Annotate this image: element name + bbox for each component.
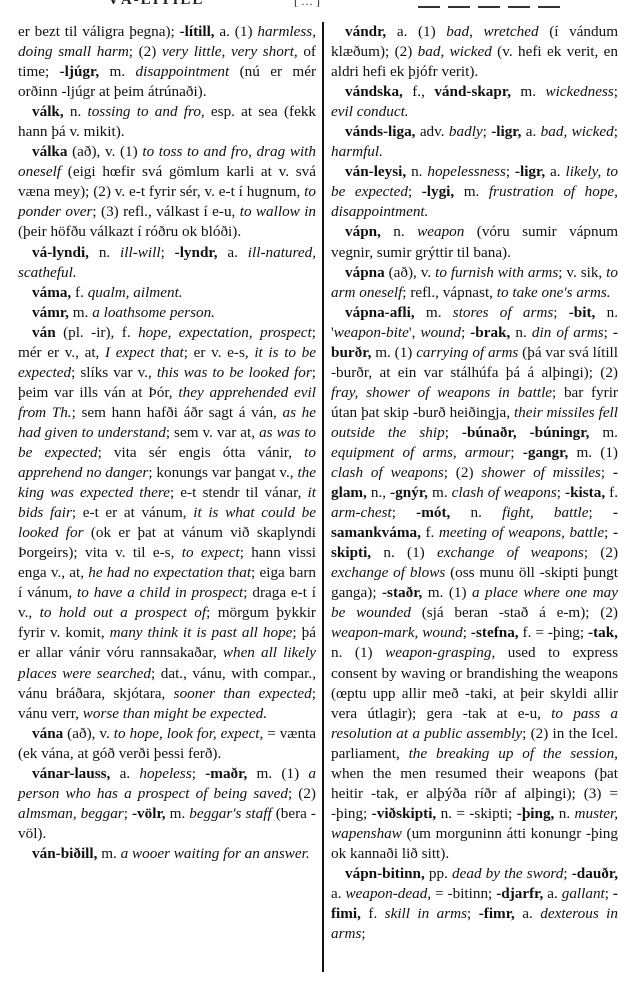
entry-text: m. [511, 83, 545, 100]
entry-text: f. [605, 484, 618, 501]
entry-text: ; [192, 765, 206, 782]
entry-text: ; [461, 324, 470, 341]
entry-text: (eigi hœfir svá gömlum karli at v. svá v… [18, 163, 316, 200]
dictionary-entry: válka (að), v. (1) to toss to and fro, d… [18, 142, 316, 242]
headword: vándska, [345, 83, 403, 100]
entry-text: (pl. -ir), f. [56, 324, 138, 341]
definition: hopeless [139, 765, 191, 782]
entry-text: (að), v. [63, 725, 114, 742]
entry-text: a. [218, 244, 248, 261]
entry-text: ; slíks var v., [71, 364, 157, 381]
definition: din of arms [532, 324, 604, 341]
definition: ill-will [120, 244, 161, 261]
definition: many think it is past all hope [110, 624, 293, 641]
definition: wound [420, 324, 461, 341]
entry-text: m. [428, 484, 452, 501]
definition: very little, very short, [162, 43, 298, 60]
entry-text: f. [421, 524, 439, 541]
entry-text: ; [161, 244, 175, 261]
entry-text: n. = -skipti; [436, 805, 517, 822]
definition: shower of missiles [481, 464, 601, 481]
entry-text: a. [331, 885, 345, 902]
definition: he had no expectation that [88, 564, 251, 581]
entry-text: ; [604, 324, 613, 341]
dictionary-entry: vápn-bitinn, pp. dead by the sword; -dau… [331, 864, 618, 944]
entry-text: (að), v. (1) [67, 143, 142, 160]
dictionary-entry: vámr, m. a loathsome person. [18, 303, 316, 323]
headword: -djarfr, [496, 885, 543, 902]
entry-text: pp. [425, 865, 452, 882]
dictionary-entry: válk, n. tossing to and fro, esp. at sea… [18, 102, 316, 142]
entry-text: (sjá beran -stað á e-m); (2) [411, 604, 618, 621]
entry-text: a. (1) [386, 23, 446, 40]
entry-text: n. [554, 805, 574, 822]
entry-text: m. [589, 424, 618, 441]
right-column: vándr, a. (1) bad, wretched (í vándum kl… [331, 22, 618, 944]
entry-text: n. [89, 244, 120, 261]
entry-text: m. [415, 304, 453, 321]
definition: hopelessness [427, 163, 505, 180]
definition: sooner than expected [174, 685, 312, 702]
entry-text: f., [403, 83, 434, 100]
entry-text: n., [367, 484, 390, 501]
entry-text: ; [614, 123, 618, 140]
definition: almsman, beggar [18, 805, 124, 822]
entry-text: m. (1) [422, 584, 472, 601]
headword: vána [32, 725, 63, 742]
headword: -bit, [569, 304, 596, 321]
page-number-mark: [ … ] [294, 0, 320, 9]
entry-text: ; e-t er at vánum, [72, 504, 193, 521]
entry-text: ; [124, 805, 132, 822]
definition: to expect [182, 544, 240, 561]
headword: válka [32, 143, 67, 160]
left-column: er bezt til váligra þegna); -lítill, a. … [18, 22, 316, 864]
definition: to hope, look for, expect, [114, 725, 264, 742]
dictionary-entry: vándska, f., vánd-skapr, m. wickedness; … [331, 82, 618, 122]
entry-text: ; sem v. var at, [166, 424, 259, 441]
definition: badly [449, 123, 483, 140]
headword: -völr, [132, 805, 166, 822]
headword: -lyndr, [175, 244, 218, 261]
entry-text: a. [545, 163, 565, 180]
entry-text: n. [510, 324, 532, 341]
entry-text: ; (2) [584, 544, 618, 561]
entry-text: m. (1) [371, 344, 416, 361]
definition: skill in arms [385, 905, 467, 922]
entry-text: n. [381, 223, 417, 240]
entry-text: ; [483, 123, 492, 140]
headword: vánd-skapr, [434, 83, 511, 100]
definition: exchange of weapons [437, 544, 584, 561]
headword: -brak, [470, 324, 510, 341]
headword: vándr, [345, 23, 386, 40]
entry-text: ; [605, 885, 613, 902]
entry-text: ; [408, 183, 422, 200]
column-divider [322, 22, 324, 972]
headword: vánds-liga, [345, 123, 415, 140]
definition: a loathsome person. [92, 304, 215, 321]
entry-text: ; sem hann hafði áðr sagt á ván, [72, 404, 283, 421]
definition: qualm, ailment. [88, 284, 183, 301]
headword: -viðskipti, [372, 805, 437, 822]
headword: ván-biðill, [32, 845, 97, 862]
headword: -kista, [565, 484, 605, 501]
headword: -gnýr, [390, 484, 428, 501]
entry-text: f. [361, 905, 385, 922]
dictionary-entry: váma, f. qualm, ailment. [18, 283, 316, 303]
entry-text: m. [166, 805, 190, 822]
definition: wickedness [545, 83, 613, 100]
headword: -mót, [416, 504, 450, 521]
headword: -maðr, [205, 765, 247, 782]
entry-text: ; [589, 504, 613, 521]
entry-text: adv. [415, 123, 448, 140]
headword: -lygi, [422, 183, 454, 200]
headword: -ligr, [515, 163, 545, 180]
headword: vá-lyndi, [32, 244, 89, 261]
definition: equipment of arms, armour [331, 444, 510, 461]
headword: -þing, [517, 805, 555, 822]
entry-text: ; [463, 624, 471, 641]
entry-text: a. (1) [215, 23, 258, 40]
entry-text: ; vita sér engis ótta vánir, [98, 444, 305, 461]
definition: this was to be looked for [157, 364, 312, 381]
dictionary-entry: vána (að), v. to hope, look for, expect,… [18, 724, 316, 764]
definition: weapon [417, 223, 464, 240]
headword: -stefna, [471, 624, 519, 641]
headword: ván-leysi, [345, 163, 406, 180]
entry-text: ; [467, 905, 479, 922]
definition: carrying of arms [416, 344, 518, 361]
dictionary-entry: vápna (að), v. to furnish with arms; v. … [331, 263, 618, 303]
entry-text: n. [450, 504, 502, 521]
entry-text: f. = -þing; [519, 624, 588, 641]
entry-text: ', [409, 324, 421, 341]
entry-text: n. (1) [331, 644, 385, 661]
headword: vápna [345, 264, 385, 281]
dictionary-entry: ván-leysi, n. hopelessness; -ligr, a. li… [331, 162, 618, 222]
entry-text: ; er v. e-s, [184, 344, 255, 361]
dictionary-entry: vá-lyndi, n. ill-will; -lyndr, a. ill-na… [18, 243, 316, 283]
entry-text: ; [553, 304, 569, 321]
definition: gallant [562, 885, 605, 902]
entry-text: a. [110, 765, 139, 782]
entry-text: ; [557, 484, 565, 501]
definition: worse than might be expected. [83, 705, 267, 722]
definition: meeting of weapons, battle [439, 524, 604, 541]
entry-text: m. [99, 63, 135, 80]
running-head-right-rule [418, 6, 568, 8]
headword: vápna-afli, [345, 304, 415, 321]
entry-text: ; (2) [288, 785, 316, 802]
headword: -ligr, [491, 123, 521, 140]
entry-text: ; (3) refl., válkast í e-u, [92, 203, 239, 220]
entry-text: ; konungs var þangat v., [148, 464, 297, 481]
dictionary-entry: er bezt til váligra þegna); -lítill, a. … [18, 22, 316, 102]
entry-text: ; [614, 83, 618, 100]
entry-text: er bezt til váligra þegna); [18, 23, 180, 40]
entry-text: (að), v. [385, 264, 435, 281]
dictionary-entry: ván-biðill, m. a wooer waiting for an an… [18, 844, 316, 864]
headword: vánar-lauss, [32, 765, 110, 782]
headword: -tak, [588, 624, 618, 641]
definition: dead by the sword [452, 865, 563, 882]
entry-text: ; [563, 865, 571, 882]
headword: -staðr, [382, 584, 422, 601]
definition: bad, wicked [418, 43, 492, 60]
entry-text: ; [445, 424, 462, 441]
headword: -búnaðr, -búningr, [462, 424, 590, 441]
entry-text: n. (1) [371, 544, 437, 561]
definition: to furnish with arms [435, 264, 558, 281]
headword: válk, [32, 103, 64, 120]
entry-text: f. [71, 284, 87, 301]
entry-text: n. [64, 103, 88, 120]
entry-text: ; [510, 444, 522, 461]
definition: bad, wretched [446, 23, 538, 40]
entry-text: m. (1) [568, 444, 618, 461]
definition: tossing to and fro, [87, 103, 204, 120]
entry-text: ; [601, 464, 613, 481]
headword: -dauðr, [572, 865, 618, 882]
definition: weapon-bite [334, 324, 409, 341]
definition: a wooer waiting for an answer. [121, 845, 310, 862]
running-header: VÁ-LÍTILL [ … ] [0, 0, 625, 14]
entry-text: m. [97, 845, 120, 862]
definition: exchange of blows [331, 564, 445, 581]
definition: weapon-grasping, [385, 644, 495, 661]
definition: weapon-dead, [345, 885, 431, 902]
definition: arm-chest [331, 504, 392, 521]
entry-text: ; [392, 504, 416, 521]
definition: stores of arms [453, 304, 553, 321]
entry-text: ; e-t stendr til vánar, [170, 484, 308, 501]
dictionary-entry: vápna-afli, m. stores of arms; -bit, n. … [331, 303, 618, 864]
entry-text: ; [604, 524, 613, 541]
headword: vámr, [32, 304, 69, 321]
running-head-left: VÁ-LÍTILL [108, 0, 204, 9]
definition: to have a child in prospect [77, 584, 243, 601]
definition: weapon-mark, wound [331, 624, 463, 641]
definition: beggar's staff [189, 805, 271, 822]
definition: clash of weapons [452, 484, 557, 501]
dictionary-entry: vánds-liga, adv. badly; -ligr, a. bad, w… [331, 122, 618, 162]
definition: fray, shower of weapons in battle [331, 384, 552, 401]
entry-text: ; (2) [444, 464, 482, 481]
entry-text: m. [454, 183, 489, 200]
entry-text: m. (1) [247, 765, 308, 782]
dictionary-entry: vándr, a. (1) bad, wretched (í vándum kl… [331, 22, 618, 82]
entry-text: ; refl., vápnast, [402, 284, 496, 301]
definition: I expect that [105, 344, 184, 361]
entry-text: a. [515, 905, 540, 922]
entry-text: ; (2) [129, 43, 162, 60]
definition: clash of weapons [331, 464, 444, 481]
definition: fight, battle [502, 504, 588, 521]
headword: ván [32, 324, 56, 341]
dictionary-entry: vápn, n. weapon (vóru sumir vápnum vegni… [331, 222, 618, 262]
entry-text: = -bitinn; [431, 885, 496, 902]
entry-text: n. [406, 163, 427, 180]
definition: the breaking up of the session, [409, 745, 618, 762]
definition: disappointment [136, 63, 230, 80]
definition: evil conduct. [331, 103, 409, 120]
dictionary-entry: vánar-lauss, a. hopeless; -maðr, m. (1) … [18, 764, 316, 844]
definition: bad, wicked [541, 123, 614, 140]
definition: to hold out a prospect of [40, 604, 206, 621]
headword: váma, [32, 284, 71, 301]
headword: -gangr, [523, 444, 568, 461]
headword: -lítill, [180, 23, 215, 40]
entry-text: ; v. sik, [558, 264, 606, 281]
entry-text: m. [69, 304, 92, 321]
definition: hope, expectation, prospect [138, 324, 312, 341]
headword: -fimr, [479, 905, 515, 922]
definition: harmful. [331, 143, 383, 160]
headword: vápn, [345, 223, 381, 240]
headword: -ljúgr, [60, 63, 100, 80]
entry-text: a. [521, 123, 540, 140]
dictionary-entry: ván (pl. -ir), f. hope, expectation, pro… [18, 323, 316, 724]
definition: to take one's arms. [497, 284, 611, 301]
definition: to wallow in [240, 203, 316, 220]
entry-text: ; [361, 925, 365, 942]
entry-text: ; [506, 163, 515, 180]
headword: vápn-bitinn, [345, 865, 425, 882]
entry-text: a. [543, 885, 561, 902]
entry-text: (þeir höfðu válkazt í róðru ok blóði). [18, 223, 241, 240]
